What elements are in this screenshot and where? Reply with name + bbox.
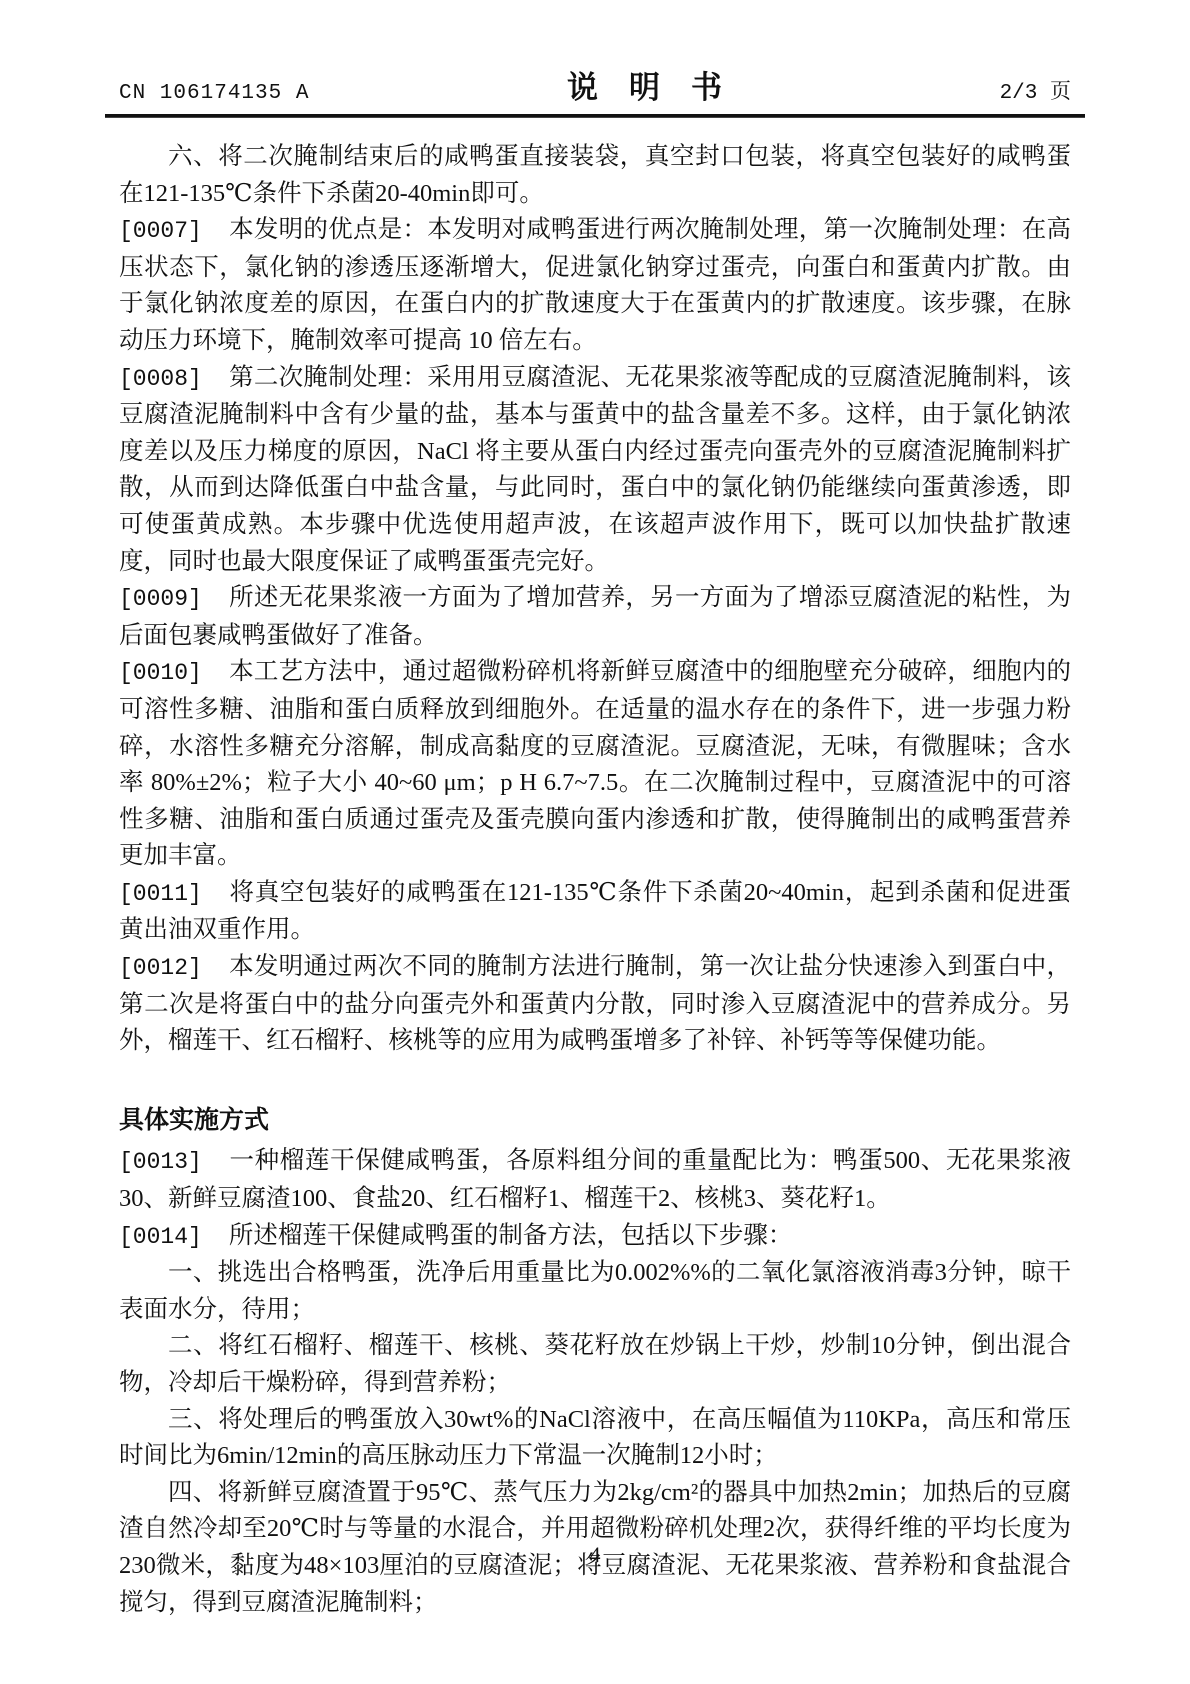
paragraph-number: [0012] bbox=[119, 950, 202, 987]
section-heading-embodiments: 具体实施方式 bbox=[119, 1102, 1071, 1139]
paragraph-text: 所述无花果浆液一方面为了增加营养，另一方面为了增添豆腐渣泥的粘性，为后面包裹咸鸭… bbox=[119, 584, 1071, 649]
paragraph-step-6: 六、将二次腌制结束后的咸鸭蛋直接装袋，真空封口包装，将真空包装好的咸鸭蛋在121… bbox=[119, 139, 1071, 212]
paragraph-0013: [0013]一种榴莲干保健咸鸭蛋，各原料组分间的重量配比为：鸭蛋500、无花果浆… bbox=[119, 1143, 1071, 1217]
paragraph-step-2: 二、将红石榴籽、榴莲干、核桃、葵花籽放在炒锅上干炒，炒制10分钟，倒出混合物，冷… bbox=[119, 1328, 1071, 1401]
paragraph-text: 本工艺方法中，通过超微粉碎机将新鲜豆腐渣中的细胞壁充分破碎，细胞内的可溶性多糖、… bbox=[119, 658, 1071, 869]
paragraph-text: 将真空包装好的咸鸭蛋在121-135℃条件下杀菌20~40min，起到杀菌和促进… bbox=[119, 879, 1071, 944]
paragraph-number: [0009] bbox=[119, 581, 202, 618]
patent-specification-page: CN 106174135 A 说明书 2/3 页 六、将二次腌制结束后的咸鸭蛋直… bbox=[0, 0, 1190, 1684]
paragraph-0009: [0009]所述无花果浆液一方面为了增加营养，另一方面为了增添豆腐渣泥的粘性，为… bbox=[119, 580, 1071, 654]
paragraph-step-1: 一、挑选出合格鸭蛋，洗净后用重量比为0.002%%的二氧化氯溶液消毒3分钟，晾干… bbox=[119, 1255, 1071, 1328]
paragraph-0012: [0012]本发明通过两次不同的腌制方法进行腌制，第一次让盐分快速渗入到蛋白中，… bbox=[119, 949, 1071, 1060]
document-number: CN 106174135 A bbox=[119, 82, 309, 105]
paragraph-text: 一种榴莲干保健咸鸭蛋，各原料组分间的重量配比为：鸭蛋500、无花果浆液30、新鲜… bbox=[119, 1147, 1071, 1212]
paragraph-text: 第二次腌制处理：采用用豆腐渣泥、无花果浆液等配成的豆腐渣泥腌制料，该豆腐渣泥腌制… bbox=[119, 364, 1071, 575]
paragraph-number: [0007] bbox=[119, 213, 202, 250]
paragraph-step-3: 三、将处理后的鸭蛋放入30wt%的NaCl溶液中，在高压幅值为110KPa，高压… bbox=[119, 1402, 1071, 1475]
paragraph-0014: [0014]所述榴莲干保健咸鸭蛋的制备方法，包括以下步骤： bbox=[119, 1218, 1071, 1256]
paragraph-number: [0014] bbox=[119, 1219, 202, 1256]
document-title: 说明书 bbox=[567, 62, 753, 107]
paragraph-number: [0011] bbox=[119, 876, 202, 913]
page-indicator: 2/3 页 bbox=[1000, 75, 1071, 105]
document-body: 六、将二次腌制结束后的咸鸭蛋直接装袋，真空封口包装，将真空包装好的咸鸭蛋在121… bbox=[119, 139, 1071, 1621]
page-header: CN 106174135 A 说明书 2/3 页 bbox=[105, 62, 1085, 107]
paragraph-text: 二、将红石榴籽、榴莲干、核桃、葵花籽放在炒锅上干炒，炒制10分钟，倒出混合物，冷… bbox=[119, 1332, 1071, 1396]
page-number: 4 bbox=[590, 1542, 601, 1567]
page-footer: 4 bbox=[0, 1542, 1190, 1568]
paragraph-0010: [0010]本工艺方法中，通过超微粉碎机将新鲜豆腐渣中的细胞壁充分破碎，细胞内的… bbox=[119, 654, 1071, 875]
paragraph-text: 本发明的优点是：本发明对咸鸭蛋进行两次腌制处理，第一次腌制处理：在高压状态下，氯… bbox=[119, 216, 1071, 354]
paragraph-0008: [0008]第二次腌制处理：采用用豆腐渣泥、无花果浆液等配成的豆腐渣泥腌制料，该… bbox=[119, 360, 1071, 581]
paragraph-text: 三、将处理后的鸭蛋放入30wt%的NaCl溶液中，在高压幅值为110KPa，高压… bbox=[119, 1406, 1071, 1470]
paragraph-text: 六、将二次腌制结束后的咸鸭蛋直接装袋，真空封口包装，将真空包装好的咸鸭蛋在121… bbox=[119, 143, 1071, 207]
paragraph-0011: [0011]将真空包装好的咸鸭蛋在121-135℃条件下杀菌20~40min，起… bbox=[119, 875, 1071, 949]
paragraph-number: [0013] bbox=[119, 1144, 202, 1181]
paragraph-number: [0008] bbox=[119, 361, 202, 398]
paragraph-text: 本发明通过两次不同的腌制方法进行腌制，第一次让盐分快速渗入到蛋白中，第二次是将蛋… bbox=[119, 953, 1071, 1054]
paragraph-text: 所述榴莲干保健咸鸭蛋的制备方法，包括以下步骤： bbox=[229, 1222, 793, 1249]
paragraph-text: 一、挑选出合格鸭蛋，洗净后用重量比为0.002%%的二氧化氯溶液消毒3分钟，晾干… bbox=[119, 1259, 1071, 1323]
paragraph-0007: [0007]本发明的优点是：本发明对咸鸭蛋进行两次腌制处理，第一次腌制处理：在高… bbox=[119, 212, 1071, 359]
header-rule bbox=[105, 114, 1085, 118]
paragraph-number: [0010] bbox=[119, 655, 202, 692]
